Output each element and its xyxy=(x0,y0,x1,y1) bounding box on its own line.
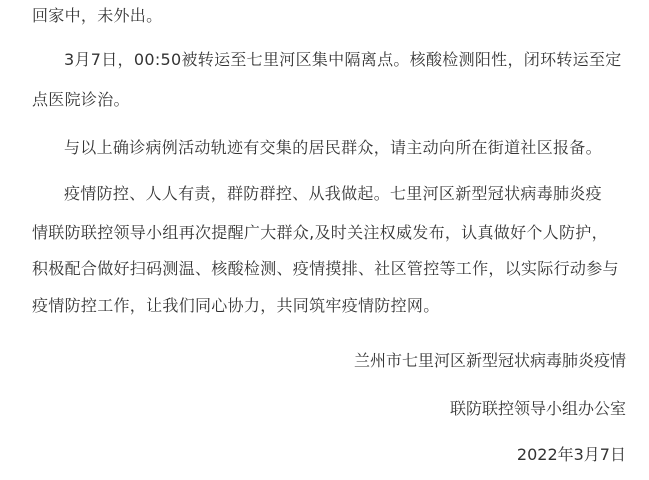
paragraph-4-line-1: 疫情防控、人人有责，群防群控、从我做起。七里河区新型冠状病毒肺炎疫 xyxy=(32,184,602,204)
paragraph-2-line-1: 3月7日，00:50被转运至七里河区集中隔离点。核酸检测阳性，闭环转运至定 xyxy=(32,50,622,70)
paragraph-3-line-1: 与以上确诊病例活动轨迹有交集的居民群众，请主动向所在街道社区报备。 xyxy=(32,138,602,158)
signature-date: 2022年3月7日 xyxy=(517,445,626,465)
paragraph-2-line-2: 点医院诊治。 xyxy=(32,90,130,110)
signature-org-line-2: 联防联控领导小组办公室 xyxy=(450,399,626,419)
paragraph-4-line-4: 疫情防控工作，让我们同心协力，共同筑牢疫情防控网。 xyxy=(32,296,440,316)
signature-org-line-1: 兰州市七里河区新型冠状病毒肺炎疫情 xyxy=(354,351,626,371)
paragraph-4-line-2: 情联防联控领导小组再次提醒广大群众,及时关注权威发布，认真做好个人防护， xyxy=(32,223,608,243)
paragraph-4-line-3: 积极配合做好扫码测温、核酸检测、疫情摸排、社区管控等工作，以实际行动参与 xyxy=(32,259,619,279)
paragraph-1-line-1: 回家中，未外出。 xyxy=(32,6,162,26)
